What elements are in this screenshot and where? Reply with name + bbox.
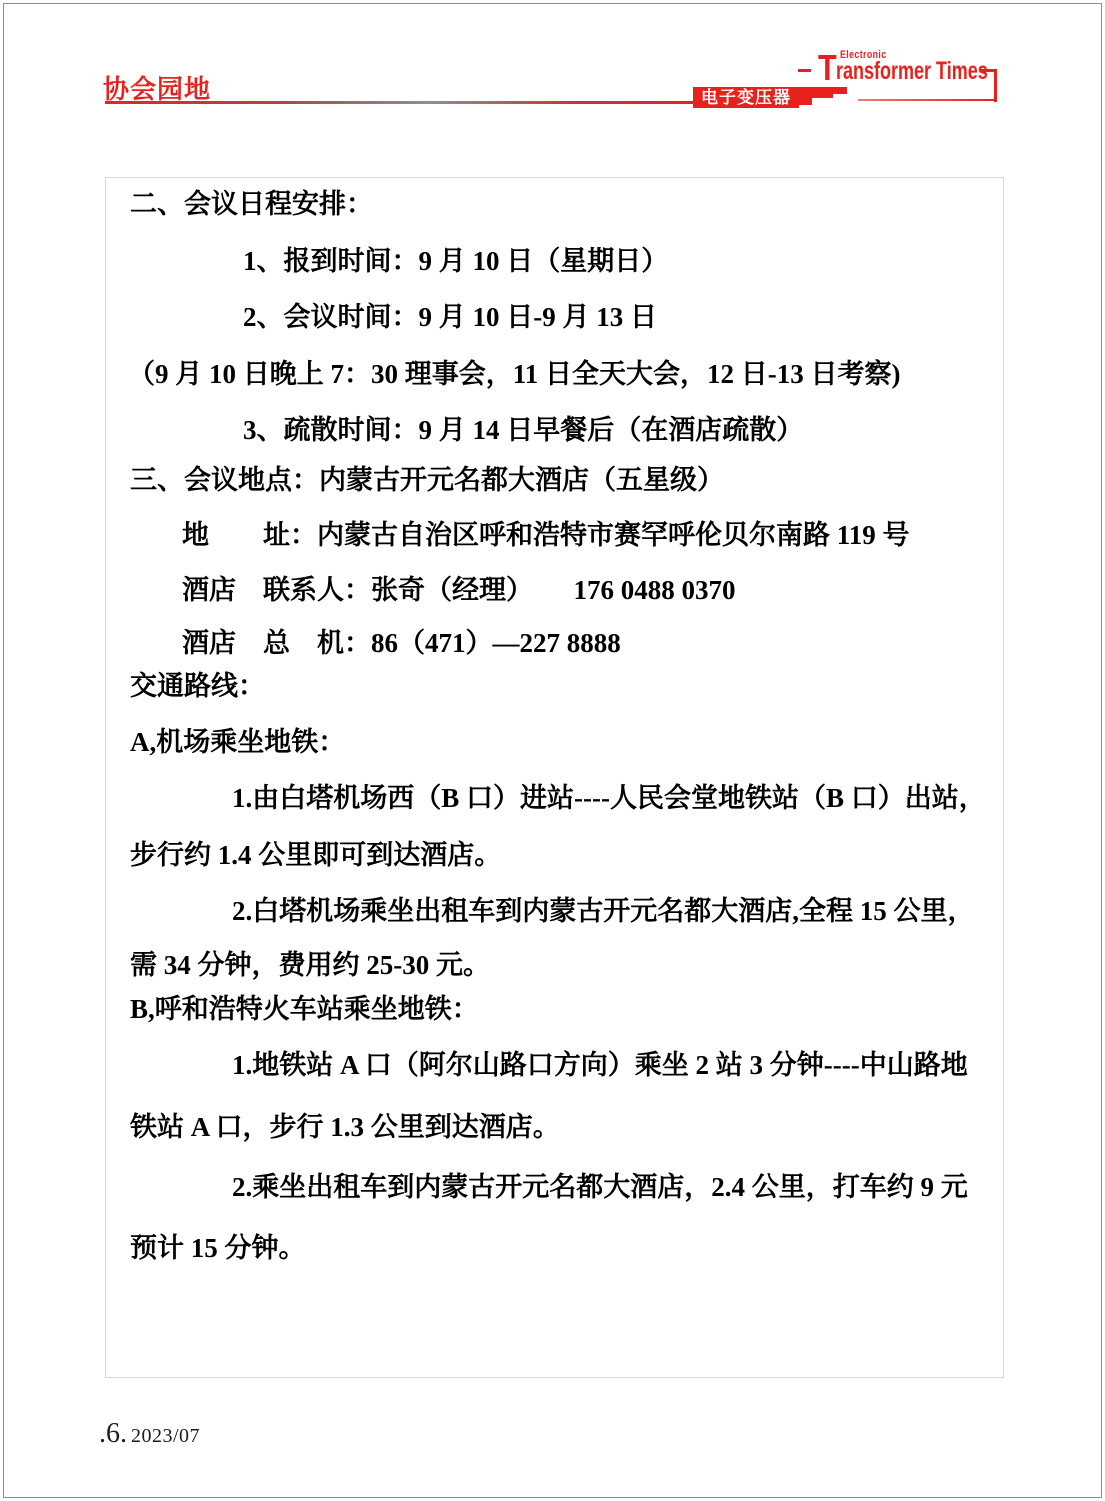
logo-dash-right [980,69,994,72]
doc-line-departure-time: 3、疏散时间：9 月 14 日早餐后（在酒店疏散） [243,414,803,448]
doc-line-route-b-1: 1.地铁站 A 口（阿尔山路口方向）乘坐 2 站 3 分钟----中山路地 [232,1049,968,1083]
logo-name-rest: ransformer Times [836,59,988,84]
doc-line-route-a-2: 2.白塔机场乘坐出租车到内蒙古开元名都大酒店,全程 15 公里， [232,895,975,929]
doc-line-address: 地 址：内蒙古自治区呼和浩特市赛罕呼伦贝尔南路 119 号 [182,519,910,553]
logo-stair-step [799,87,812,105]
doc-line-route-a-1: 1.由白塔机场西（B 口）进站----人民会堂地铁站（B 口）出站， [232,782,986,816]
doc-line-route-b-1-cont: 铁站 A 口，步行 1.3 公里到达酒店。 [130,1111,560,1145]
header-rule-left [105,101,693,104]
doc-line-meeting-time: 2、会议时间：9 月 10 日-9 月 13 日 [243,301,657,335]
logo-cn-box-label: 电子变压器 [701,89,791,106]
doc-line-section-3-venue: 三、会议地点：内蒙古开元名都大酒店（五星级） [130,464,724,498]
page-footer: .6. 2023/07 [99,1418,200,1450]
logo-stair-step [833,87,847,94]
header-rule-right [858,99,995,101]
doc-line-route-a-title: A,机场乘坐地铁： [130,726,345,760]
doc-line-route-b-2: 2.乘坐出租车到内蒙古开元名都大酒店，2.4 公里，打车约 9 元 [232,1171,968,1205]
column-title: 协会园地 [103,76,211,102]
doc-line-schedule-detail: （9 月 10 日晚上 7：30 理事会，11 日全天大会，12 日-13 日考… [128,358,901,392]
logo-cn-box: 电子变压器 [693,87,799,108]
doc-line-hotel-phone: 酒店 总 机：86（471）—227 8888 [182,627,621,661]
logo-big-initial: T [818,50,837,86]
logo-bracket-vertical-line [994,69,997,102]
doc-line-route-a-2-cont: 需 34 分钟，费用约 25-30 元。 [130,949,490,983]
doc-line-section-2-title: 二、会议日程安排： [130,188,373,222]
page-number: .6. [99,1418,127,1450]
doc-line-route-a-1-cont: 步行约 1.4 公里即可到达酒店。 [130,839,501,873]
issue-date: 2023/07 [131,1425,200,1448]
magazine-page: 协会园地 电子变压器 T Electronic ransformer Times… [0,0,1105,1501]
doc-line-route-b-title: B,呼和浩特火车站乘坐地铁： [130,993,479,1027]
logo-stair-step [812,87,833,98]
doc-line-traffic-routes-title: 交通路线： [130,670,265,704]
logo-dash-left [798,69,811,72]
doc-line-hotel-contact: 酒店 联系人：张奇（经理） 176 0488 0370 [182,574,736,608]
doc-line-checkin-time: 1、报到时间：9 月 10 日（星期日） [243,245,668,279]
doc-line-route-b-2-cont: 预计 15 分钟。 [130,1232,306,1266]
